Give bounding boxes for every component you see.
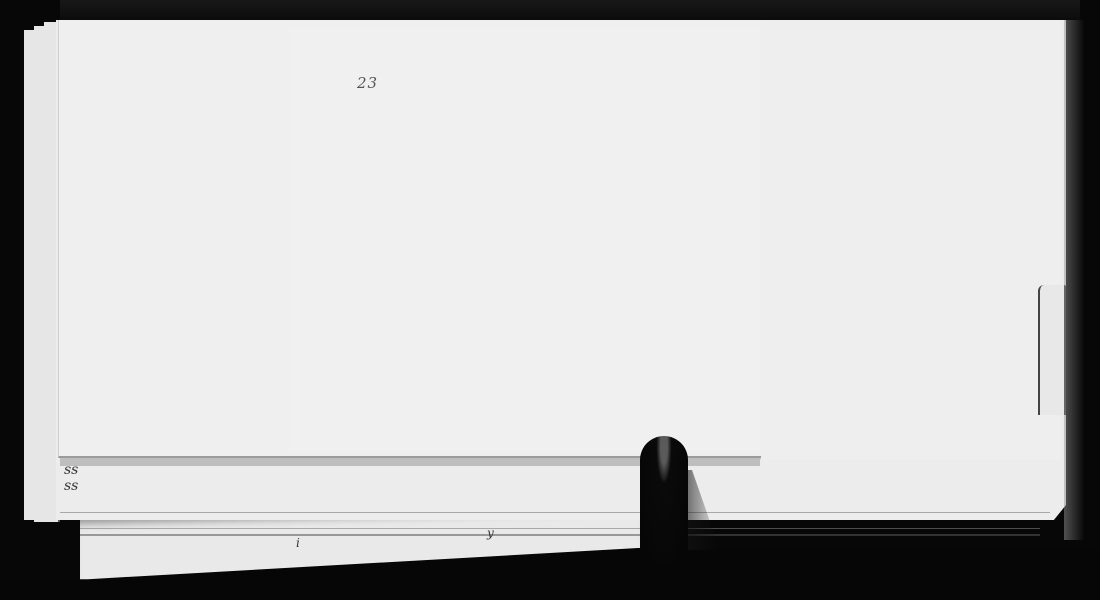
page-number: 23 xyxy=(357,74,378,92)
page-edge-line xyxy=(60,512,1050,513)
bottom-mark: y xyxy=(487,526,494,540)
right-edge-tab xyxy=(1038,285,1066,415)
margin-mark: ss xyxy=(64,462,78,478)
right-sheet-panel xyxy=(760,20,1061,460)
margin-mark: ss xyxy=(64,478,78,494)
page-edge-line xyxy=(80,534,1040,536)
bottom-mark: i xyxy=(296,536,300,550)
page-edge-line xyxy=(80,528,1040,529)
scanner-border-top xyxy=(60,0,1080,20)
right-edge-shadow xyxy=(1064,20,1084,540)
page-holder-clip xyxy=(640,436,688,566)
